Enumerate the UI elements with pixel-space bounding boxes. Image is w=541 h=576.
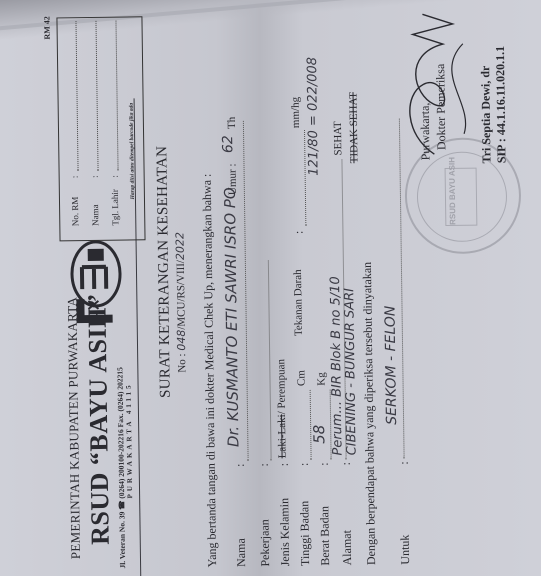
stamp-text: RSUD BAYU ASIH (445, 168, 478, 226)
government-heading: PEMERINTAH KABUPATEN PURWAKARTA (64, 297, 84, 560)
umur-value[interactable]: 62 (220, 135, 236, 153)
jenis-kelamin-value: Laki-Laki/ Perempuan (275, 359, 288, 458)
no-rm-row: No. RM : (67, 22, 80, 227)
no-rm-field[interactable] (67, 22, 78, 172)
berat-badan-unit: Kg (315, 372, 327, 386)
nama-line (242, 121, 249, 461)
conclusion-text: Dengan berpendapat bahwa yang diperiksa … (360, 262, 379, 565)
year-handwritten: 2022 (173, 232, 186, 260)
number-handwritten: 048 (175, 330, 188, 351)
untuk-label: Untuk (398, 535, 413, 565)
jenis-kelamin-label: Jenis Kelamin (277, 498, 293, 567)
intro-text: Yang bertanda tangan di bawa ini dokter … (200, 174, 220, 568)
berat-badan-label: Berat Badan (317, 506, 333, 566)
laki-laki-struck: Laki-Laki (276, 414, 289, 458)
perempuan-option: / Perempuan (275, 359, 288, 414)
tgl-lahir-field[interactable] (107, 21, 118, 171)
nama-row: Nama : (87, 21, 100, 226)
health-certificate-page: RM 42 PEMERINTAH KABUPATEN PURWAKARTA RS… (12, 0, 520, 560)
status-sehat: SEHAT (332, 121, 344, 155)
nama-box-field[interactable] (87, 21, 98, 171)
umur-label: Umur : (226, 163, 238, 195)
nama-value[interactable]: Dr. KUSMANTO ETI SAWRI ISRO PO (221, 187, 243, 447)
tgl-lahir-row: Tgl. Lahir : (107, 21, 120, 226)
tekanan-darah-unit: mm/hg (290, 97, 302, 128)
rm-code: RM 42 (42, 16, 51, 39)
tinggi-badan-unit: Cm (295, 370, 307, 386)
nama-box-label: Nama (90, 182, 101, 226)
hospital-city: PURWAKARTA 41115 (125, 382, 135, 498)
doctor-name: Tri Septia Dewi, dr (478, 66, 494, 164)
hospital-logo-icon (68, 239, 123, 330)
alamat-label: Alamat (340, 530, 355, 566)
doctor-sip: SIP : 44.1.16.11.020.1.1 (493, 46, 510, 164)
no-rm-label: No. RM (70, 182, 81, 226)
tgl-lahir-label: Tgl. Lahir (110, 182, 121, 226)
nama-label: Nama (234, 538, 249, 567)
hospital-name: RSUD “BAYU ASIH” (82, 293, 116, 545)
document-title: SURAT KETERANGAN KESEHATAN (154, 146, 175, 398)
untuk-value[interactable]: SERKOM - FELON (382, 306, 400, 425)
pekerjaan-field[interactable] (267, 260, 272, 460)
barcode-note: Harap diisi atau ditempel barcode jika a… (129, 103, 136, 200)
umur-unit: Th (226, 117, 238, 129)
blood-pressure-value[interactable]: 121/80 = 022/008 (305, 57, 322, 176)
tekanan-darah-label: Tekanan Darah (292, 269, 305, 336)
tinggi-badan-label: Tinggi Badan (297, 501, 313, 566)
doctor-signature (392, 3, 484, 174)
berat-badan-value[interactable]: 58 (310, 425, 328, 444)
patient-id-box: No. RM : Nama : Tgl. Lahir : Harap diisi… (56, 16, 145, 241)
document-number: No : 048/MCU/RS/VIII/2022 (173, 232, 188, 373)
pekerjaan-label: Pekerjaan (257, 519, 273, 567)
status-tidak-sehat: TIDAK SEHAT (348, 92, 361, 163)
